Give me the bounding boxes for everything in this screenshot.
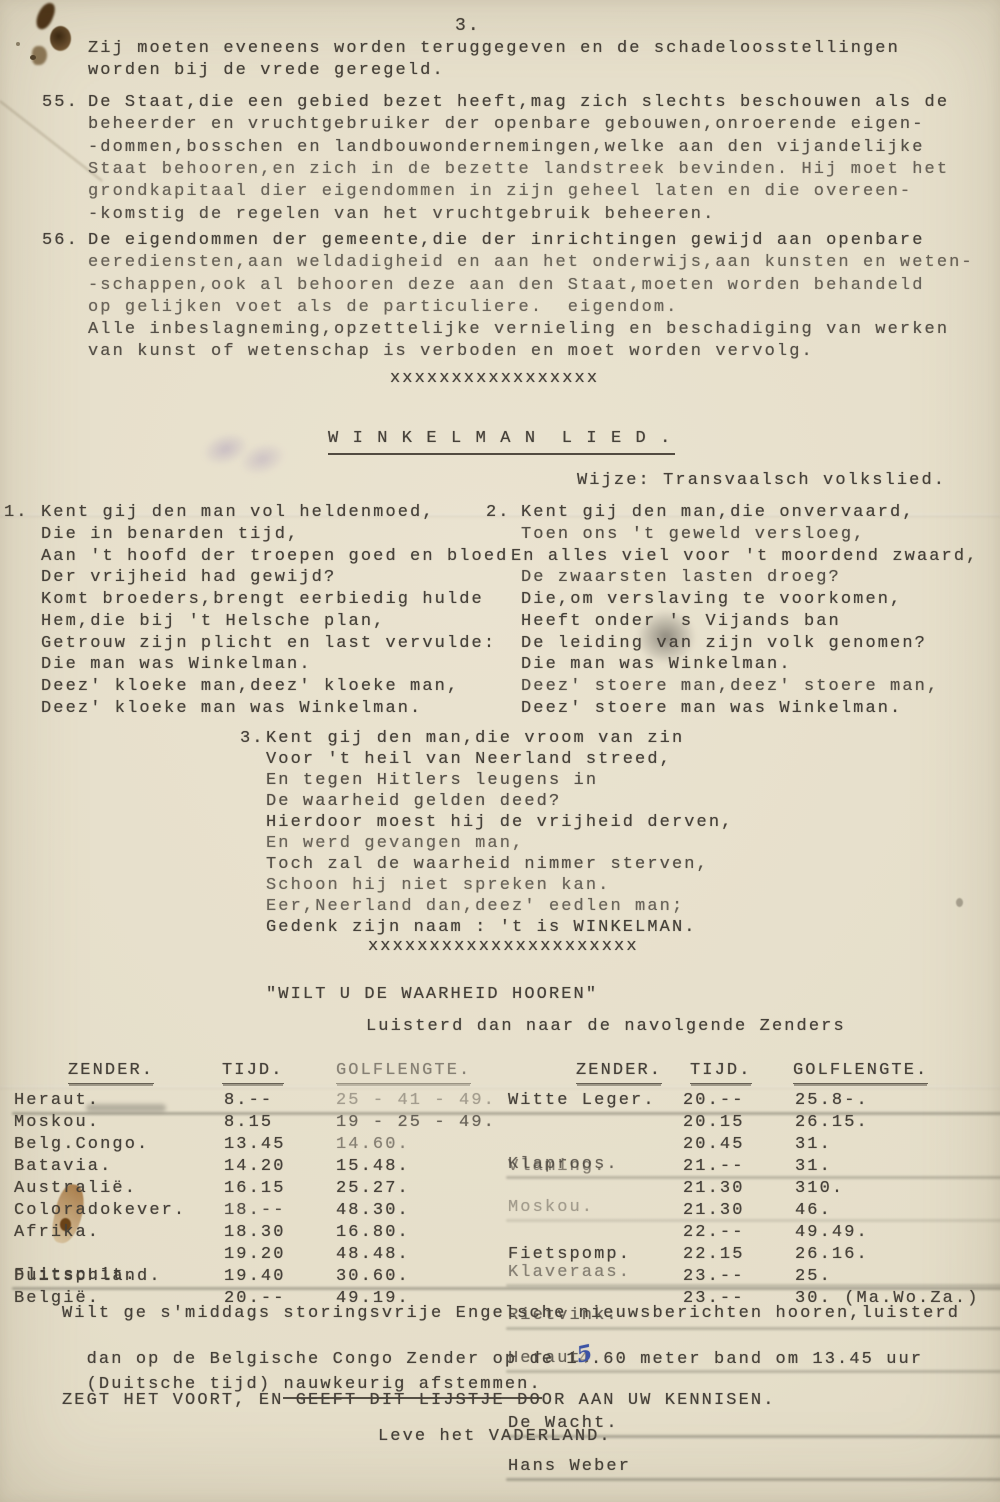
right-table-header-tijd: TIJD. <box>690 1060 752 1084</box>
verse1-line: Hem,die bij 't Helsche plan, <box>41 611 385 632</box>
verse2-line: De zwaarsten lasten droeg? <box>521 567 841 588</box>
golflengte-cell: 48.30. <box>336 1200 410 1221</box>
zender-cell: Vlaming. <box>508 1156 606 1177</box>
zender-cell: Coloradokever. <box>14 1200 186 1221</box>
zender-cell: Witte Leger. <box>508 1090 656 1111</box>
verse3-line: En werd gevangen man, <box>266 833 524 854</box>
article-55-line: grondkapitaal dier eigendommen in zijn g… <box>88 181 912 202</box>
tijd-cell: 21.30 <box>683 1178 745 1199</box>
golflengte-cell: 19 - 25 - 49. <box>336 1112 496 1133</box>
zender-cell: Duitschland. <box>14 1266 162 1287</box>
tijd-cell: 8.-- <box>224 1090 273 1111</box>
tijd-cell: 20.-- <box>683 1090 745 1111</box>
verse3-line: Gedenk zijn naam : 't is WINKELMAN. <box>266 917 697 938</box>
verse2-line: En alles viel voor 't moordend zwaard, <box>511 546 978 567</box>
tijd-cell: 22.-- <box>683 1222 745 1243</box>
verse2-line: Deez' stoere man,deez' stoere man, <box>521 676 939 697</box>
tijd-cell: 21.30 <box>683 1200 745 1221</box>
closing-line: Leve het VADERLAND. <box>378 1426 612 1447</box>
article-55-line: De Staat,die een gebied bezet heeft,mag … <box>88 92 949 113</box>
ink-blot <box>50 26 71 51</box>
zender-cell: Moskou. <box>508 1197 1000 1218</box>
paper-speck <box>956 898 963 907</box>
verse3-line: De waarheid gelden deed? <box>266 791 561 812</box>
article-56-line: -schappen,ook al behooren deze aan den S… <box>88 275 925 296</box>
golflengte-cell: 26.15. <box>795 1112 869 1133</box>
verse1-line: Kent gij den man vol heldenmoed, <box>41 502 435 523</box>
verse1-line: Die man was Winkelman. <box>41 654 312 675</box>
song-title: W I N K E L M A N L I E D . <box>328 428 675 455</box>
radio-heading: "WILT U DE WAARHEID HOOREN" <box>266 984 598 1005</box>
verse1-line: Aan 't hoofd der troepen goed en bloed <box>41 546 508 567</box>
verse2-line: Toen ons 't geweld versloeg, <box>521 524 865 545</box>
tijd-cell: 22.15 <box>683 1244 745 1265</box>
article-55-line: Staat behooren,en zich in de bezette lan… <box>88 159 949 180</box>
tijd-cell: 13.45 <box>224 1134 286 1155</box>
zender-cell: Moskou. <box>14 1112 100 1133</box>
tijd-cell: 19.40 <box>224 1266 286 1287</box>
left-table-header-tijd: TIJD. <box>222 1060 284 1084</box>
tijd-cell: 20.15 <box>683 1112 745 1133</box>
footer-line: Wilt ge s'middags storingsvrije Engelsch… <box>62 1303 960 1324</box>
golflengte-cell: 25.27. <box>336 1178 410 1199</box>
golflengte-cell: 25 - 41 - 49. <box>336 1090 496 1111</box>
tijd-cell: 21.-- <box>683 1156 745 1177</box>
footer-line2-post: .60 meter band om 13.45 uur <box>591 1350 923 1369</box>
corrected-digit: 45 <box>579 1349 591 1370</box>
song-tune: Wijze: Transvaalsch volkslied. <box>577 470 946 491</box>
golflengte-cell: 310. <box>795 1178 844 1199</box>
tijd-cell: 16.15 <box>224 1178 286 1199</box>
faint-stamp <box>198 417 290 491</box>
intro-line: Zij moeten eveneens worden teruggegeven … <box>88 38 900 59</box>
intro-line: worden bij de vrede geregeld. <box>88 60 445 81</box>
verse2-line: Die,om verslaving te voorkomen, <box>521 589 902 610</box>
paper-crease <box>0 1086 1000 1089</box>
tijd-cell: 18.30 <box>224 1222 286 1243</box>
typed-separator: xxxxxxxxxxxxxxxxx <box>390 368 599 389</box>
zender-cell: Batavia. <box>14 1156 112 1177</box>
tijd-cell: 8.15 <box>224 1112 273 1133</box>
golflengte-cell: 31. <box>795 1156 832 1177</box>
verse2-line: Deez' stoere man was Winkelman. <box>521 698 902 719</box>
verse2-line: Kent gij den man,die onvervaard, <box>521 502 915 523</box>
scanned-document-page: { "colors": { "paper": "#e5dec9", "ink":… <box>0 0 1000 1502</box>
verse3-line: Eer,Neerland dan,deez' eedlen man; <box>266 896 684 917</box>
verse3-number: 3. <box>240 728 265 749</box>
zender-cell: Klaveraas. <box>508 1262 1000 1283</box>
golflengte-cell: 26.16. <box>795 1244 869 1265</box>
paper-speck <box>30 55 36 60</box>
article-55-line: -komstig de regelen van het vruchtgebrui… <box>88 204 715 225</box>
golflengte-cell: 16.80. <box>336 1222 410 1243</box>
ink-blot <box>32 46 47 65</box>
tijd-cell: 14.20 <box>224 1156 286 1177</box>
ink-blot <box>34 0 58 31</box>
tijd-cell: 18.-- <box>224 1200 286 1221</box>
right-table-header-zender: ZENDER. <box>576 1060 662 1084</box>
verse1-line: Komt broeders,brengt eerbiedig hulde <box>41 589 484 610</box>
verse3-line: Toch zal de waarheid nimmer sterven, <box>266 854 709 875</box>
zender-cell: Australië. <box>14 1178 137 1199</box>
verse3-line: Voor 't heil van Neerland streed, <box>266 749 672 770</box>
zender-cell: Fietspomp. <box>508 1244 631 1265</box>
left-table-header-golflengte: GOLFLENGTE. <box>336 1060 471 1084</box>
golflengte-cell: 48.48. <box>336 1244 410 1265</box>
verse3-line: En tegen Hitlers leugens in <box>266 770 598 791</box>
right-table-header-golflengte: GOLFLENGTE. <box>793 1060 928 1084</box>
golflengte-cell: 25.8-. <box>795 1090 869 1111</box>
zender-cell: Afrika. <box>14 1222 100 1243</box>
verse2-number: 2. <box>486 502 511 523</box>
article-56-line: Alle inbeslagneming,opzettelijke verniel… <box>88 319 949 340</box>
typed-separator: xxxxxxxxxxxxxxxxxxxxxx <box>368 936 639 957</box>
golflengte-cell: 49.49. <box>795 1222 869 1243</box>
paper-speck <box>16 42 20 46</box>
golflengte-cell: 30.60. <box>336 1266 410 1287</box>
verse3-line: Schoon hij niet spreken kan. <box>266 875 610 896</box>
zender-cell: Belg.Congo. <box>14 1134 149 1155</box>
article-55-number: 55. <box>42 92 79 113</box>
verse2-line: De leiding van zijn volk genomen? <box>521 633 927 654</box>
golflengte-cell: 46. <box>795 1200 832 1221</box>
article-56-line: op gelijken voet als de particuliere. ei… <box>88 297 678 318</box>
verse1-line: Deez' kloeke man,deez' kloeke man, <box>41 676 459 697</box>
article-56-line: De eigendommen der gemeente,die der inri… <box>88 230 925 251</box>
zender-cell: Hans Weber <box>508 1456 1000 1477</box>
left-table-header-zender: ZENDER. <box>68 1060 154 1084</box>
verse1-line: Der vrijheid had gewijd? <box>41 567 336 588</box>
verse3-line: Hierdoor moest hij de vrijheid derven, <box>266 812 733 833</box>
golflengte-cell: 31. <box>795 1134 832 1155</box>
page-number: 3. <box>455 16 481 37</box>
verse1-line: Die in benarden tijd, <box>41 524 299 545</box>
radio-subheading: Luisterd dan naar de navolgende Zenders <box>366 1016 846 1037</box>
pen-correction: 5 <box>575 1342 596 1366</box>
golflengte-cell: 14.60. <box>336 1134 410 1155</box>
tijd-cell: 20.45 <box>683 1134 745 1155</box>
verse1-number: 1. <box>4 502 29 523</box>
golflengte-cell: 15.48. <box>336 1156 410 1177</box>
verse2-line: Die man was Winkelman. <box>521 654 792 675</box>
article-56-line: eerediensten,aan weldadigheid en aan het… <box>88 252 974 273</box>
article-56-line: van kunst of wetenschap is verboden en m… <box>88 341 814 362</box>
verse1-line: Getrouw zijn plicht en last vervulde: <box>41 633 496 654</box>
article-56-number: 56. <box>42 230 79 251</box>
golflengte-cell: 25. <box>795 1266 832 1287</box>
tijd-cell: 23.-- <box>683 1266 745 1287</box>
verse3-line: Kent gij den man,die vroom van zin <box>266 728 684 749</box>
tijd-cell: 19.20 <box>224 1244 286 1265</box>
verse1-line: Deez' kloeke man was Winkelman. <box>41 698 422 719</box>
footer-line: (Duitsche tijd) nauwkeurig afstemmen. <box>62 1353 542 1395</box>
article-55-line: beheerder en vruchtgebruiker der openbar… <box>88 114 925 135</box>
verse2-line: Heeft onder 's Vijands ban <box>521 611 841 632</box>
article-55-line: -dommen,bosschen en landbouwonderneminge… <box>88 137 925 158</box>
spread-the-word-line: ZEGT HET VOORT, EN GEEFT DIT LIJSTJE DOO… <box>62 1390 776 1411</box>
